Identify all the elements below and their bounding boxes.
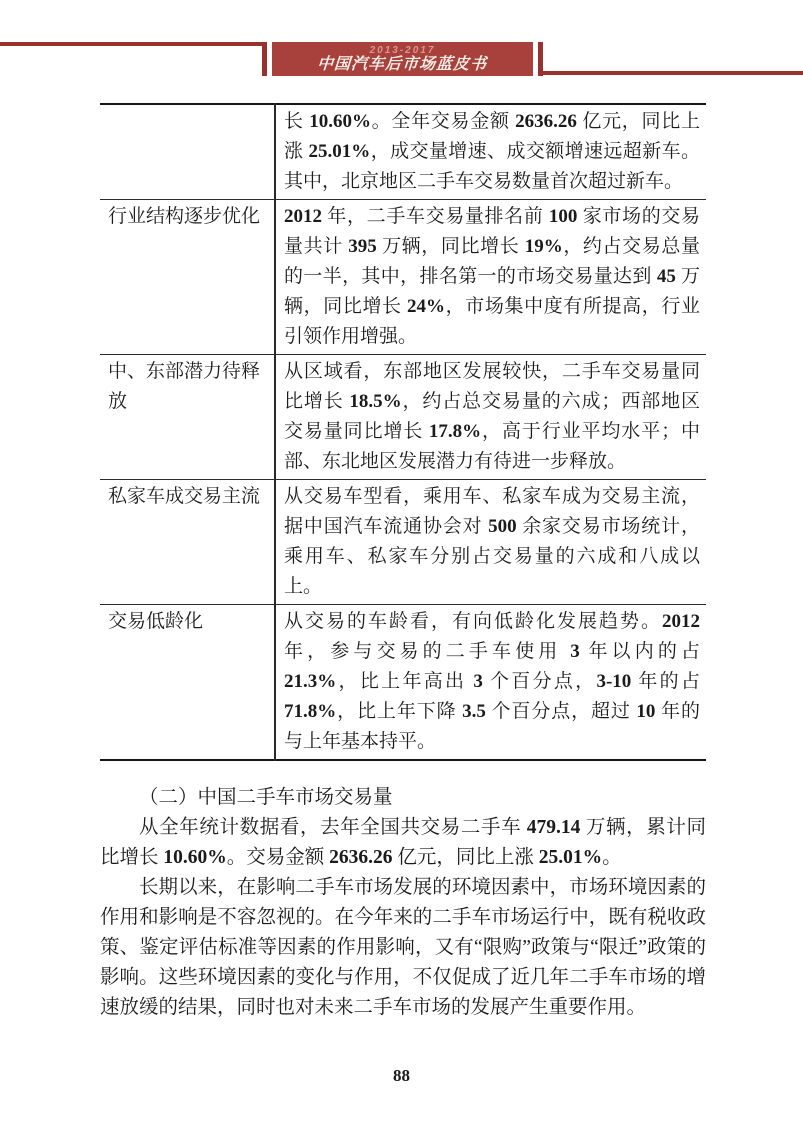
row-content: 2012 年，二手车交易量排名前 100 家市场的交易量共计 395 万辆，同比… — [275, 200, 706, 355]
header-rule-left — [0, 42, 262, 46]
body-paragraph: 从全年统计数据看，去年全国共交易二手车 479.14 万辆，累计同比增长 10.… — [100, 813, 706, 873]
banner-years-label: 2013-2017 — [370, 45, 436, 56]
section-heading: （二）中国二手车市场交易量 — [100, 783, 706, 813]
body-paragraph: 长期以来，在影响二手车市场发展的环境因素中，市场环境因素的作用和影响是不容忽视的… — [100, 873, 706, 1023]
table-row: 中、东部潜力待释放 从区域看，东部地区发展较快，二手车交易量同比增长 18.5%… — [100, 355, 706, 480]
row-label — [100, 104, 275, 200]
table-row: 长 10.60%。全年交易金额 2636.26 亿元，同比上涨 25.01%，成… — [100, 104, 706, 200]
row-label: 中、东部潜力待释放 — [100, 355, 275, 480]
row-content: 从交易车型看，乘用车、私家车成为交易主流，据中国汽车流通协会对 500 余家交易… — [275, 480, 706, 605]
header-banner: 2013-2017 中国汽车后市场蓝皮书 — [262, 42, 543, 76]
market-summary-table: 长 10.60%。全年交易金额 2636.26 亿元，同比上涨 25.01%，成… — [100, 103, 706, 761]
banner-title-label: 中国汽车后市场蓝皮书 — [317, 56, 488, 74]
row-content: 从交易的车龄看，有向低龄化发展趋势。2012 年，参与交易的二手车使用 3 年以… — [275, 605, 706, 761]
row-content: 长 10.60%。全年交易金额 2636.26 亿元，同比上涨 25.01%，成… — [275, 104, 706, 200]
header-rule-right — [540, 71, 803, 75]
table-row: 交易低龄化 从交易的车龄看，有向低龄化发展趋势。2012 年，参与交易的二手车使… — [100, 605, 706, 761]
row-label: 交易低龄化 — [100, 605, 275, 761]
page-number: 88 — [0, 1066, 803, 1086]
page-content: 长 10.60%。全年交易金额 2636.26 亿元，同比上涨 25.01%，成… — [100, 103, 706, 1023]
document-page: 2013-2017 中国汽车后市场蓝皮书 长 10.60%。全年交易金额 263… — [0, 0, 803, 1134]
table-row: 私家车成交易主流 从交易车型看，乘用车、私家车成为交易主流，据中国汽车流通协会对… — [100, 480, 706, 605]
row-content: 从区域看，东部地区发展较快，二手车交易量同比增长 18.5%，约占总交易量的六成… — [275, 355, 706, 480]
table-row: 行业结构逐步优化 2012 年，二手车交易量排名前 100 家市场的交易量共计 … — [100, 200, 706, 355]
row-label: 私家车成交易主流 — [100, 480, 275, 605]
row-label: 行业结构逐步优化 — [100, 200, 275, 355]
section-used-car-volume: （二）中国二手车市场交易量 从全年统计数据看，去年全国共交易二手车 479.14… — [100, 783, 706, 1023]
